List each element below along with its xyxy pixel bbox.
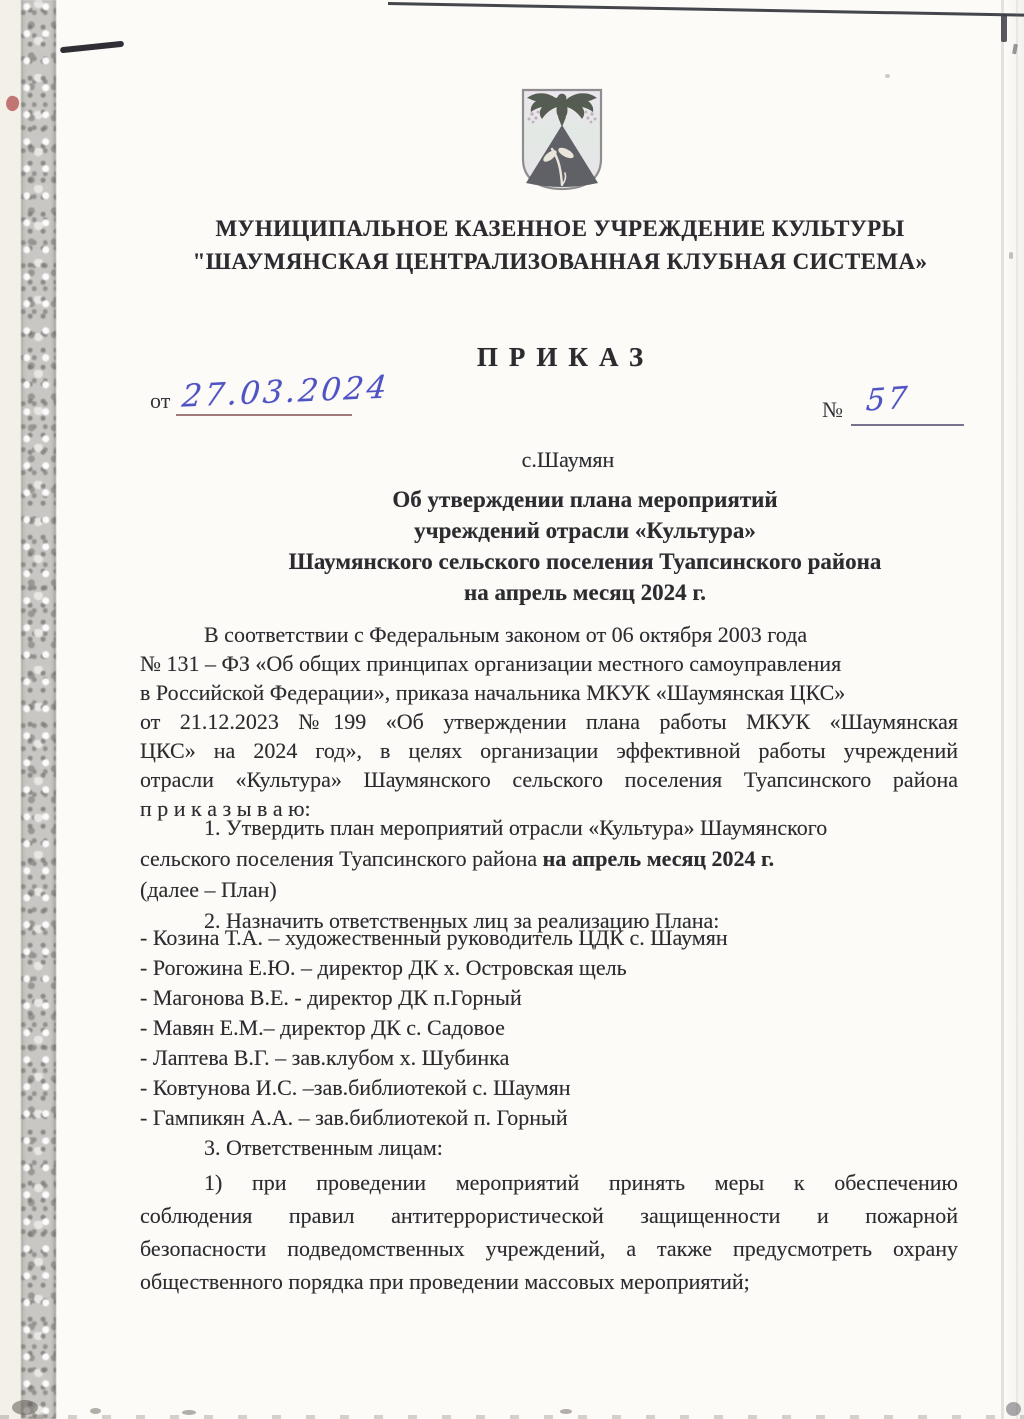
order-date-label: от [150, 388, 170, 414]
number-underline [851, 424, 964, 426]
responsible-persons-list: - Козина Т.А. – художественный руководит… [140, 923, 958, 1163]
preamble-paragraph: В соответствии с Федеральным законом от … [140, 620, 958, 823]
list-item: - Гампикян А.А. – зав.библиотекой п. Гор… [140, 1103, 958, 1133]
order-number-label: № [822, 397, 843, 423]
item-1-line: (далее – План) [140, 874, 958, 905]
list-item: - Магонова В.Е. - директор ДК п.Горный [140, 983, 958, 1013]
scan-speck [12, 1400, 38, 1415]
item-1-line: 1. Утвердить план мероприятий отрасли «К… [140, 812, 958, 843]
list-item: - Мавян Е.М.– директор ДК с. Садовое [140, 1013, 958, 1043]
order-date-handwritten: 27.03.2024 [180, 369, 391, 414]
doc-type-title: ПРИКАЗ [96, 342, 1024, 373]
scanned-document-page: МУНИЦИПАЛЬНОЕ КАЗЕННОЕ УЧРЕЖДЕНИЕ КУЛЬТУ… [0, 0, 1024, 1419]
item-3-line: 3. Ответственным лицам: [140, 1133, 958, 1163]
scan-edge-band [21, 0, 56, 1419]
order-number-handwritten: 57 [865, 380, 912, 418]
scan-speck [90, 1408, 101, 1414]
body-line: в Российской Федерации», приказа начальн… [140, 678, 958, 707]
pen-mark [60, 41, 124, 54]
body-line: отрасли «Культура» Шаумянского сельского… [140, 765, 958, 794]
body-line: общественного порядка при проведении мас… [140, 1265, 958, 1298]
order-place: с.Шаумян [110, 447, 1024, 473]
scan-speck [182, 1410, 196, 1415]
scan-right-dark-mark [1001, 14, 1007, 42]
body-line: 1) при проведении мероприятий принять ме… [140, 1166, 958, 1199]
scan-bottom-edge [0, 1415, 1024, 1419]
order-subject: Об утверждении плана мероприятий учрежде… [146, 484, 1024, 608]
item-1-line-bold: на апрель месяц 2024 г. [543, 846, 774, 871]
subject-line: Об утверждении плана мероприятий [146, 484, 1024, 515]
body-line: В соответствии с Федеральным законом от … [140, 620, 958, 649]
scan-speck [560, 1409, 572, 1414]
subject-line: на апрель месяц 2024 г. [146, 577, 1024, 608]
order-items-1-2: 1. Утвердить план мероприятий отрасли «К… [140, 812, 958, 936]
org-name-line-1: МУНИЦИПАЛЬНОЕ КАЗЕННОЕ УЧРЕЖДЕНИЕ КУЛЬТУ… [96, 212, 1024, 245]
org-header: МУНИЦИПАЛЬНОЕ КАЗЕННОЕ УЧРЕЖДЕНИЕ КУЛЬТУ… [96, 212, 1024, 278]
body-line: безопасности подведомственных учреждений… [140, 1232, 958, 1265]
subject-line: Шаумянского сельского поселения Туапсинс… [146, 546, 1024, 577]
list-item: - Рогожина Е.Ю. – директор ДК х. Островс… [140, 953, 958, 983]
item-1-line-normal: сельского поселения Туапсинского района [140, 846, 543, 871]
date-underline [176, 414, 352, 416]
scan-top-line [388, 2, 1024, 16]
body-line: соблюдения правил антитеррористической з… [140, 1199, 958, 1232]
org-name-line-2: "ШАУМЯНСКАЯ ЦЕНТРАЛИЗОВАННАЯ КЛУБНАЯ СИС… [96, 245, 1024, 278]
scan-dot [885, 74, 890, 78]
red-smudge [4, 94, 21, 112]
list-item: - Ковтунова И.С. –зав.библиотекой с. Шау… [140, 1073, 958, 1103]
scan-speck [1006, 1402, 1021, 1416]
list-item: - Козина Т.А. – художественный руководит… [140, 923, 958, 953]
subject-line: учреждений отрасли «Культура» [146, 515, 1024, 546]
item-3-subparagraph: 1) при проведении мероприятий принять ме… [140, 1166, 958, 1298]
body-line: № 131 – ФЗ «Об общих принципах организац… [140, 649, 958, 678]
body-line: от 21.12.2023 №199 «Об утверждении плана… [140, 707, 958, 736]
coat-of-arms-icon [519, 87, 605, 192]
item-1-line: сельского поселения Туапсинского района … [140, 843, 958, 874]
list-item: - Лаптева В.Г. – зав.клубом х. Шубинка [140, 1043, 958, 1073]
body-line: ЦКС» на 2024 год», в целях организации э… [140, 736, 958, 765]
